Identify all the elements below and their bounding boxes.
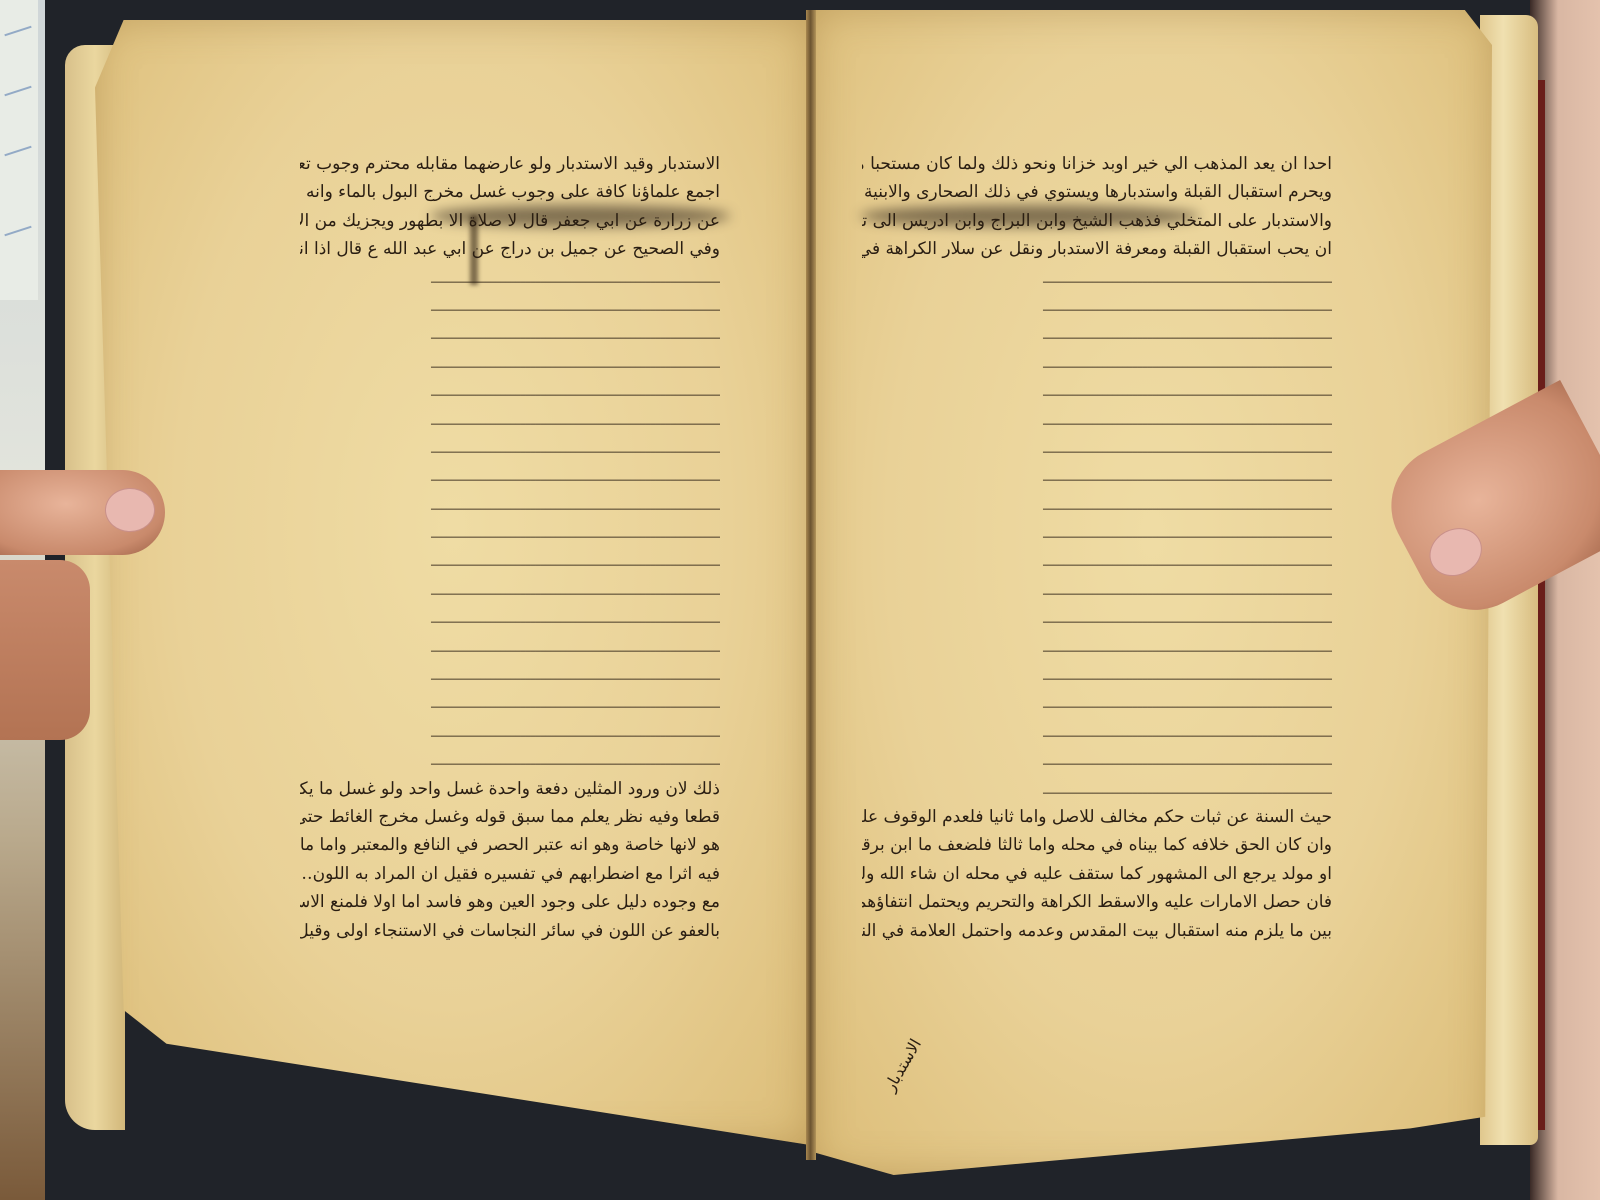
manuscript-line: عن زرارة عن ابي جعفر قال لا صلاة الا بطه… (300, 207, 720, 235)
manuscript-line: حيث السنة عن ثبات حكم مخالف للاصل واما ث… (862, 803, 1332, 831)
note-scribble (4, 226, 31, 237)
note-scribble (4, 26, 31, 37)
manuscript-line: احدا ان يعد المذهب الي خير اوبد خزانا ون… (862, 150, 1332, 178)
manuscript-line: ــــــــــــــــــــــــــــــــــــــــ… (300, 576, 720, 604)
manuscript-line: وان كان الحق خلافه كما بيناه في محله وام… (862, 831, 1332, 859)
manuscript-line: ــــــــــــــــــــــــــــــــــــــــ… (300, 377, 720, 405)
manuscript-line: ــــــــــــــــــــــــــــــــــــــــ… (862, 519, 1332, 547)
manuscript-line: بالعفو عن اللون في سائر النجاسات في الاس… (300, 917, 720, 945)
manuscript-line: ــــــــــــــــــــــــــــــــــــــــ… (862, 292, 1332, 320)
manuscript-line: ــــــــــــــــــــــــــــــــــــــــ… (300, 547, 720, 575)
manuscript-line: هو لانها خاصة وهو انه عتبر الحصر في النا… (300, 831, 720, 859)
manuscript-line: ــــــــــــــــــــــــــــــــــــــــ… (862, 689, 1332, 717)
manuscript-line: ــــــــــــــــــــــــــــــــــــــــ… (862, 576, 1332, 604)
manuscript-line: ــــــــــــــــــــــــــــــــــــــــ… (862, 491, 1332, 519)
book-gutter (806, 10, 816, 1160)
manuscript-line: بين ما يلزم منه استقبال بيت المقدس وعدمه… (862, 917, 1332, 945)
manuscript-line: ــــــــــــــــــــــــــــــــــــــــ… (300, 264, 720, 292)
right-page-text: احدا ان يعد المذهب الي خير اوبد خزانا ون… (862, 150, 1332, 945)
manuscript-line: ــــــــــــــــــــــــــــــــــــــــ… (300, 462, 720, 490)
left-thumbnail (105, 488, 155, 532)
manuscript-line: الاستدبار وقيد الاستدبار ولو عارضهما مقا… (300, 150, 720, 178)
manuscript-line: ــــــــــــــــــــــــــــــــــــــــ… (862, 547, 1332, 575)
manuscript-line: ــــــــــــــــــــــــــــــــــــــــ… (300, 661, 720, 689)
manuscript-line: ــــــــــــــــــــــــــــــــــــــــ… (862, 718, 1332, 746)
left-page-text: الاستدبار وقيد الاستدبار ولو عارضهما مقا… (300, 150, 720, 945)
manuscript-line: وفي الصحيح عن جميل بن دراج عن ابي عبد ال… (300, 235, 720, 263)
manuscript-line: ــــــــــــــــــــــــــــــــــــــــ… (300, 689, 720, 717)
manuscript-line: ــــــــــــــــــــــــــــــــــــــــ… (862, 349, 1332, 377)
manuscript-line: ــــــــــــــــــــــــــــــــــــــــ… (300, 434, 720, 462)
manuscript-line: ــــــــــــــــــــــــــــــــــــــــ… (862, 775, 1332, 803)
manuscript-line: ــــــــــــــــــــــــــــــــــــــــ… (862, 434, 1332, 462)
right-thumbnail (1421, 519, 1490, 585)
left-hand-thumb (0, 470, 165, 555)
manuscript-line: ــــــــــــــــــــــــــــــــــــــــ… (300, 718, 720, 746)
manuscript-line: ــــــــــــــــــــــــــــــــــــــــ… (862, 604, 1332, 632)
manuscript-line: ــــــــــــــــــــــــــــــــــــــــ… (862, 264, 1332, 292)
manuscript-line: ــــــــــــــــــــــــــــــــــــــــ… (862, 633, 1332, 661)
manuscript-line: ــــــــــــــــــــــــــــــــــــــــ… (300, 320, 720, 348)
manuscript-line: ــــــــــــــــــــــــــــــــــــــــ… (862, 746, 1332, 774)
manuscript-line: والاستدبار على المتخلي فذهب الشيخ وابن ا… (862, 207, 1332, 235)
manuscript-line: ويحرم استقبال القبلة واستدبارها ويستوي ف… (862, 178, 1332, 206)
manuscript-line: ان يحب استقبال القبلة ومعرفة الاستدبار و… (862, 235, 1332, 263)
manuscript-line: ــــــــــــــــــــــــــــــــــــــــ… (300, 633, 720, 661)
handwritten-note-paper (0, 0, 38, 300)
manuscript-line: ــــــــــــــــــــــــــــــــــــــــ… (862, 661, 1332, 689)
manuscript-line: ــــــــــــــــــــــــــــــــــــــــ… (862, 462, 1332, 490)
manuscript-line: ــــــــــــــــــــــــــــــــــــــــ… (300, 349, 720, 377)
left-hand-fingers (0, 560, 90, 740)
manuscript-line: ــــــــــــــــــــــــــــــــــــــــ… (300, 519, 720, 547)
manuscript-line: او مولد يرجع الى المشهور كما ستقف عليه ف… (862, 860, 1332, 888)
manuscript-line: ــــــــــــــــــــــــــــــــــــــــ… (862, 377, 1332, 405)
manuscript-line: ــــــــــــــــــــــــــــــــــــــــ… (862, 320, 1332, 348)
manuscript-line: ــــــــــــــــــــــــــــــــــــــــ… (300, 292, 720, 320)
manuscript-line: ذلك لان ورود المثلين دفعة واحدة غسل واحد… (300, 775, 720, 803)
manuscript-line: قطعا وفيه نظر يعلم مما سبق قوله وغسل مخر… (300, 803, 720, 831)
manuscript-line: ــــــــــــــــــــــــــــــــــــــــ… (300, 406, 720, 434)
manuscript-line: فان حصل الامارات عليه والاسقط الكراهة وا… (862, 888, 1332, 916)
note-scribble (4, 146, 31, 157)
note-scribble (4, 86, 31, 97)
manuscript-line: ــــــــــــــــــــــــــــــــــــــــ… (300, 491, 720, 519)
manuscript-line: ــــــــــــــــــــــــــــــــــــــــ… (300, 604, 720, 632)
manuscript-line: فيه اثرا مع اضطرابهم في تفسيره فقيل ان ا… (300, 860, 720, 888)
manuscript-line: اجمع علماؤنا كافة على وجوب غسل مخرج البو… (300, 178, 720, 206)
manuscript-line: ــــــــــــــــــــــــــــــــــــــــ… (862, 406, 1332, 434)
manuscript-line: ــــــــــــــــــــــــــــــــــــــــ… (300, 746, 720, 774)
manuscript-line: مع وجوده دليل على وجود العين وهو فاسد ام… (300, 888, 720, 916)
